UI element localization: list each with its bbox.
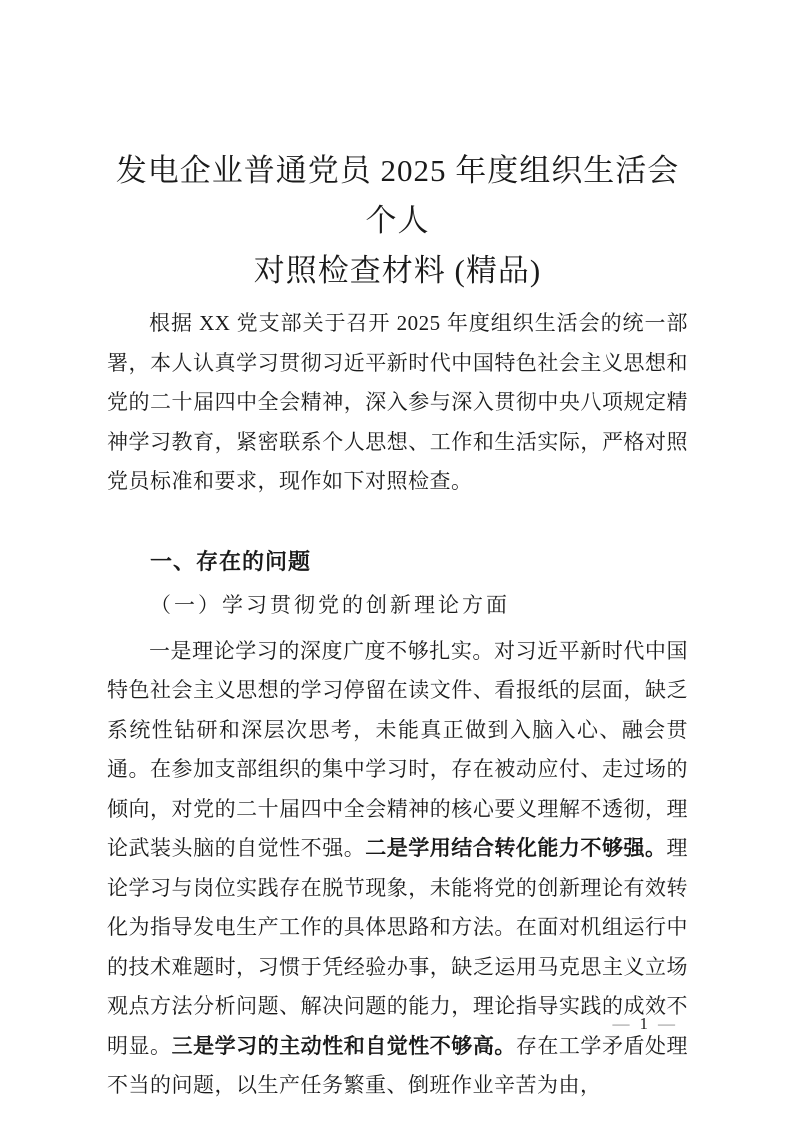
page-number-dash-right: — [658, 1014, 675, 1033]
document-title: 发电企业普通党员 2025 年度组织生活会个人 对照检查材料 (精品) [107, 0, 688, 296]
text-segment-2-bold: 二是学用结合转化能力不够强。 [365, 836, 666, 860]
body-paragraph: 一是理论学习的深度广度不够扎实。对习近平新时代中国特色社会主义思想的学习停留在读… [107, 632, 688, 1106]
subsection-heading-theory-study: （一）学习贯彻党的创新理论方面 [107, 588, 688, 622]
section-heading-problems: 一、存在的问题 [107, 545, 688, 579]
text-segment-4-bold: 三是学习的主动性和自觉性不够高。 [172, 1034, 516, 1058]
document-page: 发电企业普通党员 2025 年度组织生活会个人 对照检查材料 (精品) 根据 X… [0, 0, 793, 1122]
title-line-2: 对照检查材料 (精品) [107, 246, 688, 296]
page-number-dash-left: — [613, 1014, 630, 1033]
text-segment-3: 理论学习与岗位实践存在脱节现象，未能将党的创新理论有效转化为指导发电生产工作的具… [107, 836, 688, 1058]
title-line-1: 发电企业普通党员 2025 年度组织生活会个人 [107, 146, 688, 246]
page-number-value: 1 [640, 1014, 649, 1033]
page-number: —1— [613, 1012, 676, 1036]
document-content: 发电企业普通党员 2025 年度组织生活会个人 对照检查材料 (精品) 根据 X… [107, 0, 688, 1106]
intro-paragraph: 根据 XX 党支部关于召开 2025 年度组织生活会的统一部署，本人认真学习贯彻… [107, 304, 688, 502]
text-segment-1: 一是理论学习的深度广度不够扎实。对习近平新时代中国特色社会主义思想的学习停留在读… [107, 639, 688, 861]
